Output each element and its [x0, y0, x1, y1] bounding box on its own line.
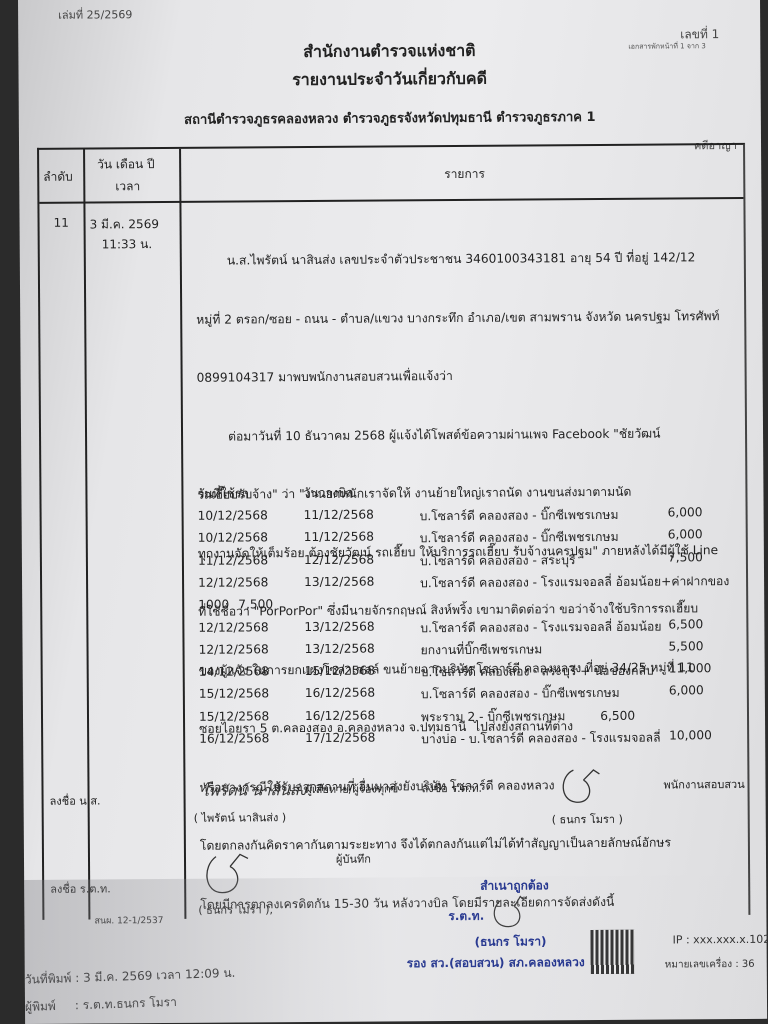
delivery-bill-date: 15/12/2568	[305, 664, 375, 678]
narrative-line: 0899104317 มาพบพนักงานสอบสวนเพื่อแจ้งว่า	[197, 365, 720, 388]
delivery-route: ยกงานที่บิ๊กซีเพชรเกษม	[420, 640, 542, 660]
delivery-extra-total: 7,500	[238, 597, 273, 611]
delivery-amount: 6,000	[668, 528, 703, 542]
recorder-name: ( ธนกร โมรา ),	[198, 900, 273, 919]
delivery-bill-date: 11/12/2568	[304, 530, 374, 544]
narrative-line: หมู่ที่ 2 ตรอก/ซอย - ถนน - ตำบล/แขวง บาง…	[196, 307, 719, 330]
delivery-use-date: 10/12/2568	[198, 508, 268, 522]
printed-by: ผู้พิมพ์ : ร.ต.ท.ธนกร โมรา	[25, 993, 177, 1017]
delivery-amount: 10,000	[669, 728, 712, 742]
delivery-use-date: 10/12/2568	[198, 531, 268, 545]
col-bill-date: วันวางบิล	[303, 484, 353, 503]
print-date: วันที่พิมพ์ : 3 มี.ค. 2569 เวลา 12:09 น.	[25, 964, 236, 990]
delivery-amount: 6,000	[669, 684, 704, 698]
delivery-use-date: 12/12/2568	[198, 575, 268, 589]
delivery-bill-date: 13/12/2568	[304, 574, 374, 588]
delivery-list: 10/12/256811/12/2568บ.โซลาร์ดี คลองสอง -…	[39, 145, 743, 150]
col-divider	[179, 149, 186, 919]
col-use-date: วันที่ใช้รถ	[197, 484, 248, 503]
delivery-bill-date: 13/12/2568	[304, 619, 374, 633]
book-number: เล่มที่ 25/2569	[58, 5, 132, 24]
delivery-amount: 6,000	[668, 505, 703, 519]
delivery-amount: 5,500	[668, 639, 703, 653]
delivery-use-date: 12/12/2568	[198, 620, 268, 634]
delivery-bill-date: 13/12/2568	[304, 641, 374, 655]
delivery-use-date: 15/12/2568	[199, 687, 269, 701]
qr-code	[591, 930, 635, 974]
delivery-route: พระราม 2 - บิ๊กซีเพชรเกษม 6,500	[421, 706, 635, 726]
victim-name: ( ไพรัตน์ นาสินส่ง )	[194, 808, 287, 827]
report-title: รายงานประจำวันเกี่ยวกับคดี	[18, 65, 760, 95]
form-code: สนผ. 12-1/2537	[94, 913, 163, 927]
delivery-route: บ.โซลาร์ดี คลองสอง - บิ๊กซีเพชรเกษม	[420, 506, 619, 526]
ip-address: IP : xxx.xxx.x.102	[673, 933, 768, 947]
entry-time: 11:33 น.	[102, 235, 153, 254]
certified-copy: สำเนาถูกต้อง	[480, 876, 549, 895]
document-page: เล่มที่ 25/2569 เลขที่ 1 เอกสารพักหน้าที…	[18, 0, 767, 1024]
delivery-route: บางบ่อ - บ.โซลาร์ดี คลองสอง - โรงแรมจอลล…	[421, 729, 661, 750]
victim-signature: ไพรัตน์ นาสินส่ง	[201, 778, 306, 803]
delivery-bill-date: 11/12/2568	[304, 508, 374, 522]
col-detail-header: รายการ	[444, 165, 485, 184]
delivery-bill-date: 16/12/2568	[305, 686, 375, 700]
delivery-bill-date: 16/12/2568	[305, 708, 375, 722]
recorder-signature	[200, 848, 256, 898]
delivery-use-date: 12/12/2568	[198, 642, 268, 656]
delivery-route: บ.โซลาร์ดี คลองสอง - สระบุรี + นำของกลับ	[421, 662, 654, 683]
header-divider	[39, 197, 743, 204]
entry-date: 3 มี.ค. 2569	[90, 215, 160, 234]
officer-name: ( ธนกร โมรา )	[552, 810, 623, 828]
agency-title: สำนักงานตำรวจแห่งชาติ	[18, 37, 760, 67]
delivery-route: บ.โซลาร์ดี คลองสอง - โรงแรมจอลลี่ อ้อมน้…	[420, 617, 661, 638]
col-time-header: เวลา	[115, 177, 140, 196]
delivery-use-date: 15/12/2568	[199, 709, 269, 723]
sign-label-officer: ลงชื่อ ร.ต.ท.	[421, 779, 482, 797]
delivery-route: บ.โซลาร์ดี คลองสอง - บิ๊กซีเพชรเกษม	[420, 528, 619, 548]
delivery-use-date: 11/12/2568	[198, 553, 268, 567]
delivery-route: บ.โซลาร์ดี คลองสอง - โรงแรมจอลลี่ อ้อมน้…	[420, 572, 729, 593]
delivery-bill-date: 12/12/2568	[304, 552, 374, 566]
certifier-signature	[490, 894, 534, 930]
entry-number: 11	[54, 216, 69, 230]
recorder-role: ผู้บันทึก	[336, 850, 371, 868]
delivery-amount: 7,500	[668, 550, 703, 564]
station-name: สถานีตำรวจภูธรคลองหลวง ตำรวจภูธรจังหวัดป…	[19, 105, 761, 131]
delivery-use-date: 14/12/2568	[199, 664, 269, 678]
delivery-bill-date: 17/12/2568	[305, 731, 375, 745]
sign-label-victim: ลงชื่อ น.ส.	[50, 791, 101, 809]
delivery-extra-fee: 1000	[198, 598, 229, 612]
narrative-line: โดยตกลงกันคิดราคากันตามระยะทาง จึงได้ตกล…	[200, 833, 723, 856]
certifier-position: รอง สว.(สอบสวน) สภ.คลองหลวง	[407, 953, 585, 973]
col-order-header: ลำดับ	[43, 168, 73, 187]
delivery-use-date: 16/12/2568	[199, 731, 269, 745]
officer-role: พนักงานสอบสวน	[663, 775, 744, 794]
narrative-line: น.ส.ไพรัตน์ นาสินส่ง เลขประจำตัวประชาชน …	[196, 248, 719, 271]
delivery-route: บ.โซลาร์ดี คลองสอง - สระบุรี	[420, 551, 576, 571]
delivery-amount: 6,500	[668, 617, 703, 631]
narrative-line: ต่อมาวันที่ 10 ธันวาคม 2568 ผู้แจ้งได้โพ…	[197, 424, 720, 447]
certifier-rank: ร.ต.ท.	[448, 907, 484, 926]
narrative-line: รถเฮี๊ยบรับจ้าง" ว่า "งานยกหนักเราจัดให้…	[197, 482, 720, 505]
machine-number: หมายเลขเครื่อง : 36	[665, 957, 755, 973]
officer-signature	[555, 764, 605, 806]
sign-label-recorder: ลงชื่อ ร.ต.ท.	[50, 879, 111, 897]
victim-role: ผู้เสียหาย/ผู้ร้องทุกข์	[305, 779, 398, 798]
delivery-amount: 11,000	[669, 661, 712, 675]
delivery-route: บ.โซลาร์ดี คลองสอง - บิ๊กซีเพชรเกษม	[421, 684, 620, 704]
certifier-name: (ธนกร โมรา)	[475, 932, 547, 952]
col-date-header: วัน เดือน ปี	[97, 155, 155, 174]
report-table: ลำดับ วัน เดือน ปี เวลา รายการ 11 3 มี.ค…	[37, 143, 750, 920]
